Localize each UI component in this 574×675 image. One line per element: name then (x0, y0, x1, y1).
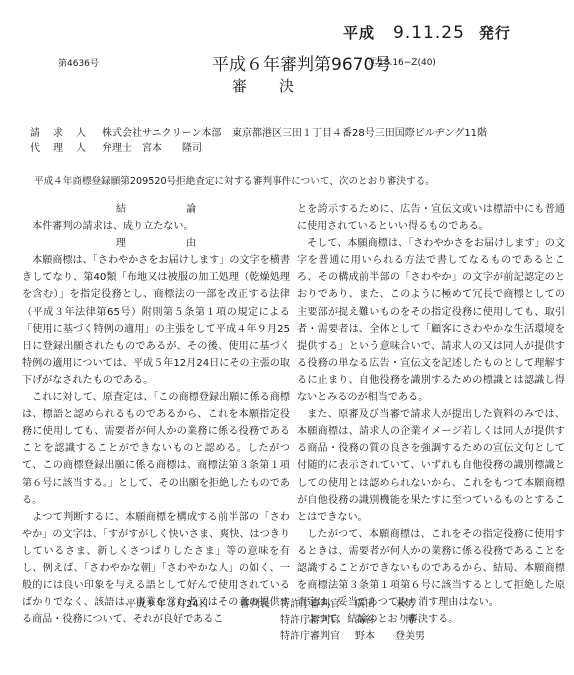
party-name: 株式会社サニクリーン本部 (102, 124, 232, 139)
judge-row: 審判長特許庁審判官廣田 米男 (240, 595, 415, 610)
document-number: 第4636号 (58, 56, 99, 69)
paragraph: 本願商標は、「さわやかさをお届けします」の文字を横書きしてなり、第40類「布地又… (22, 252, 290, 389)
party-agent: 代理人弁理士 宮本 隆司 (30, 139, 232, 154)
paragraph: よつて判断するに、本願商標を構成する前半部の「さわやか」の文字は、「すがすがしく… (22, 509, 290, 629)
party-name: 弁理士 宮本 隆司 (102, 139, 232, 154)
judge-title: 特許庁審判官 (280, 627, 355, 642)
issue-date-value: 9.11.25 (393, 23, 465, 43)
judge-title: 特許庁審判官 (280, 611, 355, 626)
party-label: 請求人 (30, 124, 102, 139)
case-number: 平成６年審判第9670号 (212, 50, 391, 75)
right-column: とを誇示するために、広告・宣伝文或いは標語中にも普通に使用されているといい得るも… (297, 201, 565, 628)
party-requester: 請求人株式会社サニクリーン本部東京都港区三田１丁目４番28号三田国際ビルヂング1… (30, 124, 487, 139)
party-label: 代理人 (30, 139, 102, 154)
issue-label: 発行 (479, 24, 511, 42)
reason-heading: 理由 (22, 235, 290, 252)
issue-date: 平成9.11.25発行 (343, 22, 511, 43)
judge-title: 特許庁審判官 (280, 595, 355, 610)
judge-name: 為谷 博 (355, 611, 415, 626)
judge-name: 廣田 米男 (355, 595, 415, 610)
classification-code: Ⓣ18.16−Z(40) (369, 55, 436, 68)
conclusion-text: 本件審判の請求は、成り立たない。 (22, 218, 290, 235)
judge-row: 特許庁審判官為谷 博 (280, 611, 415, 626)
judge-row: 特許庁審判官野本 登美男 (280, 627, 425, 642)
issue-era: 平成 (343, 24, 375, 42)
party-address: 東京都港区三田１丁目４番28号三田国際ビルヂング11階 (232, 128, 487, 139)
left-column: 結論 本件審判の請求は、成り立たない。 理由 本願商標は、「さわやかさをお届けし… (22, 201, 290, 628)
paragraph: また、原審及び当審で請求人が提出した資料のみでは、本願商標は、請求人の企業イメー… (297, 406, 565, 526)
judge-role: 審判長 (240, 595, 280, 610)
paragraph: そして、本願商標は、「さわやかさをお届けします」の文字を普通に用いられる方法で書… (297, 235, 565, 406)
paragraph: これに対して、原査定は、「この商標登録出願に係る商標は、標語と認められるものであ… (22, 389, 290, 509)
decision-date: 平成９年３月24日 (126, 595, 209, 610)
document-title: 審決 (232, 75, 326, 96)
conclusion-heading: 結論 (22, 201, 290, 218)
intro-sentence: 平成４年商標登録願第209520号拒絶査定に対する審判事件について、次のとおり審… (34, 173, 435, 187)
judge-name: 野本 登美男 (355, 627, 425, 642)
paragraph-continued: とを誇示するために、広告・宣伝文或いは標語中にも普通に使用されているといい得るも… (297, 201, 565, 235)
